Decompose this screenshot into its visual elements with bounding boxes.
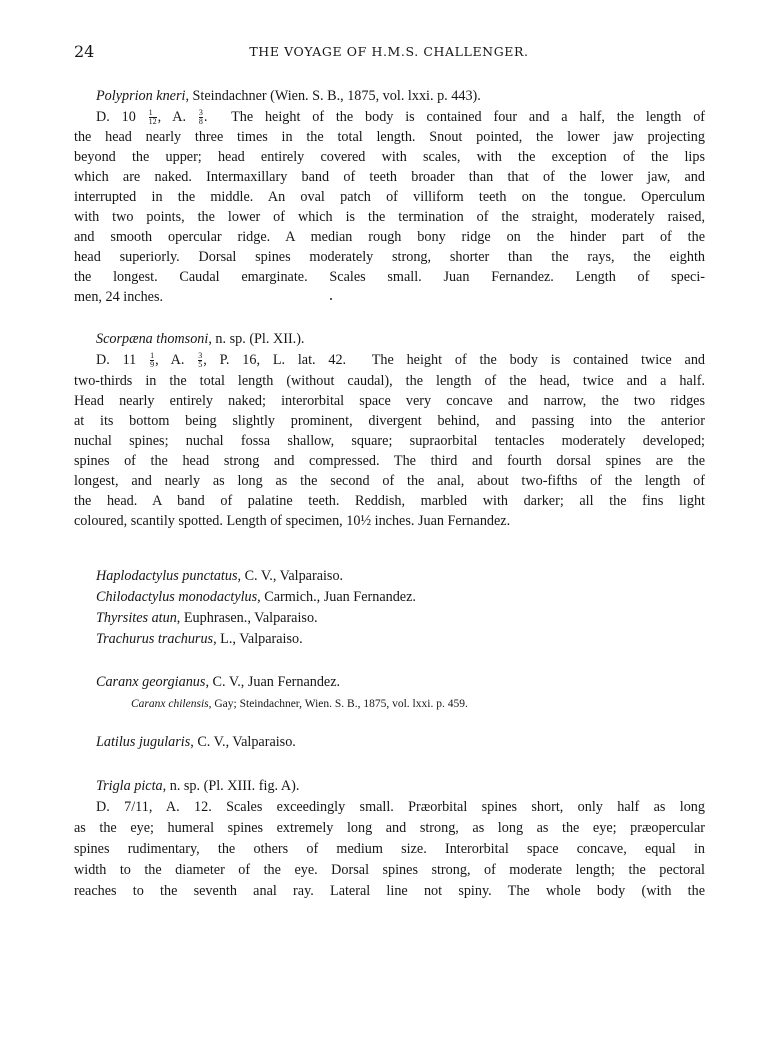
body-line: width to the diameter of the eye. Dorsal… <box>74 860 705 880</box>
species-heading-trigla: Trigla picta, n. sp. (Pl. XIII. fig. A). <box>96 776 299 796</box>
body-line: coloured, scantily spotted. Length of sp… <box>74 511 510 531</box>
species-name: Haplodactylus punctatus <box>96 568 237 584</box>
species-locality: , Euphrasen., Valparaiso. <box>177 610 318 626</box>
body-line: interrupted in the middle. An oval patch… <box>74 187 705 207</box>
species-heading-scorpaena: Scorpæna thomsoni, n. sp. (Pl. XII.). <box>96 329 304 349</box>
species-citation: , n. sp. (Pl. XIII. fig. A). <box>163 778 300 794</box>
body-line: at its bottom being slightly prominent, … <box>74 411 705 431</box>
species-heading-caranx: Caranx georgianus, C. V., Juan Fernandez… <box>96 672 340 692</box>
species-list-item: Chilodactylus monodactylus, Carmich., Ju… <box>96 587 416 607</box>
fraction-denominator: 9 <box>150 361 154 369</box>
body-line: which are naked. Intermaxillary band of … <box>74 167 705 187</box>
page-header: 24 THE VOYAGE OF H.M.S. CHALLENGER. <box>74 42 704 64</box>
print-speck <box>330 298 332 300</box>
species-name: Chilodactylus monodactylus <box>96 589 257 605</box>
body-line: two-thirds in the total length (without … <box>74 371 705 391</box>
body-line: men, 24 inches. <box>74 287 163 307</box>
species-name: Trachurus trachurus <box>96 631 213 647</box>
body-line: spines of the head strong and compressed… <box>74 451 705 471</box>
species-locality: , Carmich., Juan Fernandez. <box>257 589 416 605</box>
fraction: 112 <box>149 109 157 126</box>
document-page: 24 THE VOYAGE OF H.M.S. CHALLENGER. Poly… <box>0 0 776 1050</box>
species-citation: , Steindachner (Wien. S. B., 1875, vol. … <box>185 88 480 104</box>
species-locality: , C. V., Valparaiso. <box>190 734 296 750</box>
synonym-name: Caranx chilensis <box>131 698 209 710</box>
fin-formula-mid: , A. <box>155 352 184 368</box>
fin-formula-prefix: D. 10 <box>96 109 136 125</box>
species-citation: , n. sp. (Pl. XII.). <box>208 331 304 347</box>
fraction: 35 <box>198 352 202 369</box>
species-locality: , C. V., Valparaiso. <box>237 568 343 584</box>
body-line: D. 7/11, A. 12. Scales exceedingly small… <box>96 797 705 817</box>
body-line: the head. A band of palatine teeth. Redd… <box>74 491 705 511</box>
fraction-denominator: 5 <box>198 361 202 369</box>
body-line: head superiorly. Dorsal spines moderatel… <box>74 247 705 267</box>
species-name: Caranx georgianus <box>96 674 205 690</box>
formula-line-scorpaena: D. 11 19, A. 35, P. 16, L. lat. 42. The … <box>96 350 705 370</box>
body-line: longest, and nearly as long as the secon… <box>74 471 705 491</box>
body-line: and smooth opercular ridge. A median rou… <box>74 227 705 247</box>
body-text: The height of the body is contained four… <box>231 109 705 125</box>
fraction: 19 <box>150 352 154 369</box>
body-line: with two points, the lower of which is t… <box>74 207 705 227</box>
fraction: 38 <box>199 109 203 126</box>
fin-formula-mid: , A. <box>158 109 186 125</box>
synonym-citation: , Gay; Steindachner, Wien. S. B., 1875, … <box>209 698 468 710</box>
species-name: Polyprion kneri <box>96 88 185 104</box>
species-heading-polyprion: Polyprion kneri, Steindachner (Wien. S. … <box>96 86 481 106</box>
body-line: reaches to the seventh anal ray. Lateral… <box>74 881 705 901</box>
fin-formula-prefix: D. 11 <box>96 352 136 368</box>
species-list-item: Trachurus trachurus, L., Valparaiso. <box>96 629 303 649</box>
fraction-denominator: 12 <box>149 118 157 126</box>
body-text: The height of the body is contained twic… <box>372 352 705 368</box>
body-line: Head nearly entirely naked; interorbital… <box>74 391 705 411</box>
species-locality: , C. V., Juan Fernandez. <box>205 674 340 690</box>
species-list-item: Thyrsites atun, Euphrasen., Valparaiso. <box>96 608 318 628</box>
body-line: as the eye; humeral spines extremely lon… <box>74 818 705 838</box>
species-name: Scorpæna thomsoni <box>96 331 208 347</box>
species-name: Thyrsites atun <box>96 610 177 626</box>
fin-formula-suffix: . <box>204 109 208 125</box>
species-locality: , L., Valparaiso. <box>213 631 303 647</box>
fraction-denominator: 8 <box>199 118 203 126</box>
running-title: THE VOYAGE OF H.M.S. CHALLENGER. <box>74 44 704 59</box>
synonym-line: Caranx chilensis, Gay; Steindachner, Wie… <box>131 694 468 714</box>
body-line: the head nearly three times in the total… <box>74 127 705 147</box>
body-line: nuchal spines; nuchal fossa shallow, squ… <box>74 431 705 451</box>
species-heading-latilus: Latilus jugularis, C. V., Valparaiso. <box>96 732 296 752</box>
body-line: beyond the upper; head entirely covered … <box>74 147 705 167</box>
species-list-item: Haplodactylus punctatus, C. V., Valparai… <box>96 566 343 586</box>
body-line: spines rudimentary, the others of medium… <box>74 839 705 859</box>
species-name: Latilus jugularis <box>96 734 190 750</box>
body-line: the longest. Caudal emarginate. Scales s… <box>74 267 705 287</box>
fin-formula-suffix: , P. 16, L. lat. 42. <box>203 352 346 368</box>
species-name: Trigla picta <box>96 778 163 794</box>
formula-line-polyprion: D. 10 112, A. 38. The height of the body… <box>96 107 705 127</box>
